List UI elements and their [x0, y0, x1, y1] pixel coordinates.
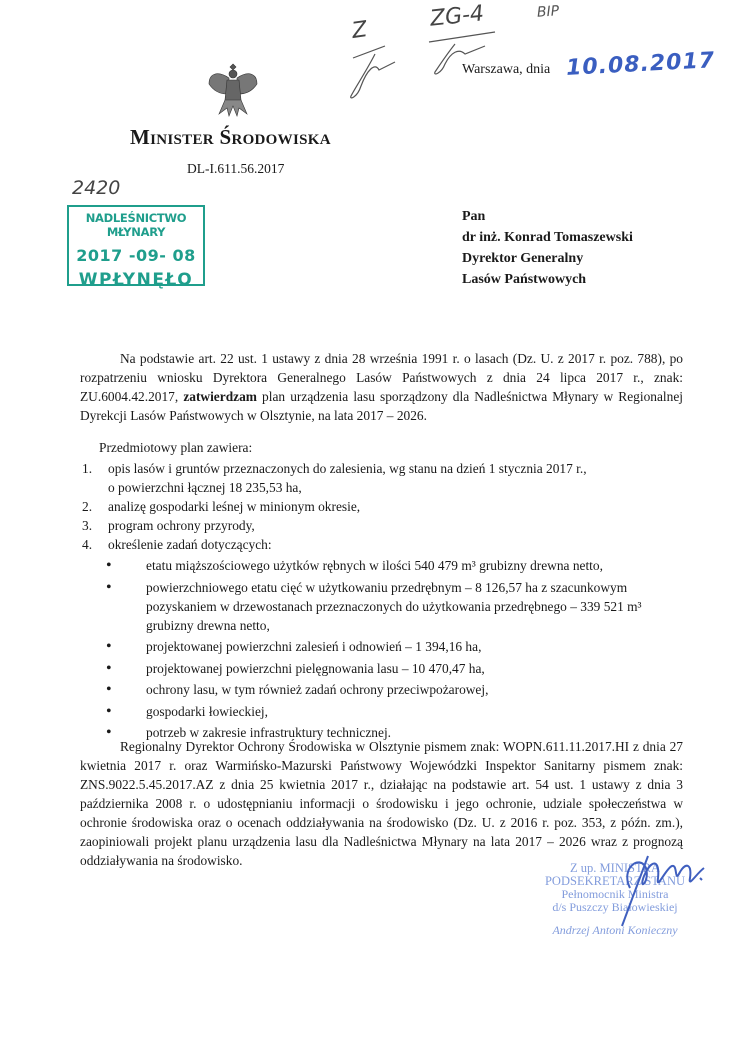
handwritten-mark-bip: BIP — [536, 3, 559, 21]
list-item: 2. analizę gospodarki leśnej w minionym … — [82, 497, 682, 516]
polish-eagle-emblem-icon — [207, 60, 259, 122]
bullet-item: •ochrony lasu, w tym również zadań ochro… — [106, 680, 682, 699]
addressee-institution: Lasów Państwowych — [462, 269, 633, 290]
bullet-icon: • — [106, 637, 146, 656]
decision-paragraph: Na podstawie art. 22 ust. 1 ustawy z dni… — [80, 349, 683, 425]
bullet-icon: • — [106, 659, 146, 678]
bullet-icon: • — [106, 578, 146, 635]
bullet-icon: • — [106, 556, 146, 575]
addressee-position: Dyrektor Generalny — [462, 248, 633, 269]
place-label: Warszawa, dnia — [462, 62, 550, 78]
bullet-icon: • — [106, 680, 146, 699]
addressee-name: dr inż. Konrad Tomaszewski — [462, 227, 633, 248]
bullet-icon: • — [106, 702, 146, 721]
task-bullet-list: •etatu miąższościowego użytków rębnych w… — [106, 556, 682, 742]
reference-number: DL-I.611.56.2017 — [187, 161, 284, 177]
opinions-paragraph: Regionalny Dyrektor Ochrony Środowiska w… — [80, 737, 683, 870]
bullet-item: •powierzchniowego etatu cięć w użytkowan… — [106, 578, 682, 635]
plan-contents-intro: Przedmiotowy plan zawiera: — [99, 440, 252, 456]
list-item: 1. opis lasów i gruntów przeznaczonych d… — [82, 459, 682, 497]
stamp-office: NADLEŚNICTWO MŁYNARY — [69, 211, 203, 239]
plan-contents-list: 1. opis lasów i gruntów przeznaczonych d… — [82, 459, 682, 745]
bullet-item: •projektowanej powierzchni pielęgnowania… — [106, 659, 682, 678]
stamp-label: WPŁYNĘŁO — [69, 270, 203, 290]
bullet-item: •projektowanej powierzchni zalesień i od… — [106, 637, 682, 656]
issuing-authority: Minister Środowiska — [130, 125, 331, 150]
registration-number: 2420 — [72, 177, 120, 199]
stamp-date: 2017 -09- 08 — [69, 246, 203, 265]
addressee-block: Pan dr inż. Konrad Tomaszewski Dyrektor … — [462, 206, 633, 290]
addressee-salutation: Pan — [462, 206, 633, 227]
received-stamp: NADLEŚNICTWO MŁYNARY 2017 -09- 08 WPŁYNĘ… — [67, 205, 205, 286]
decision-verb: zatwierdzam — [183, 389, 257, 404]
handwritten-initials-1 — [345, 40, 405, 100]
bullet-item: •gospodarki łowieckiej, — [106, 702, 682, 721]
bullet-item: •etatu miąższościowego użytków rębnych w… — [106, 556, 682, 575]
list-item: 4. określenie zadań dotyczących: — [82, 535, 682, 554]
list-item: 3. program ochrony przyrody, — [82, 516, 682, 535]
handwritten-date: 10.08.2017 — [565, 48, 715, 81]
handwritten-signature-icon — [600, 848, 715, 928]
